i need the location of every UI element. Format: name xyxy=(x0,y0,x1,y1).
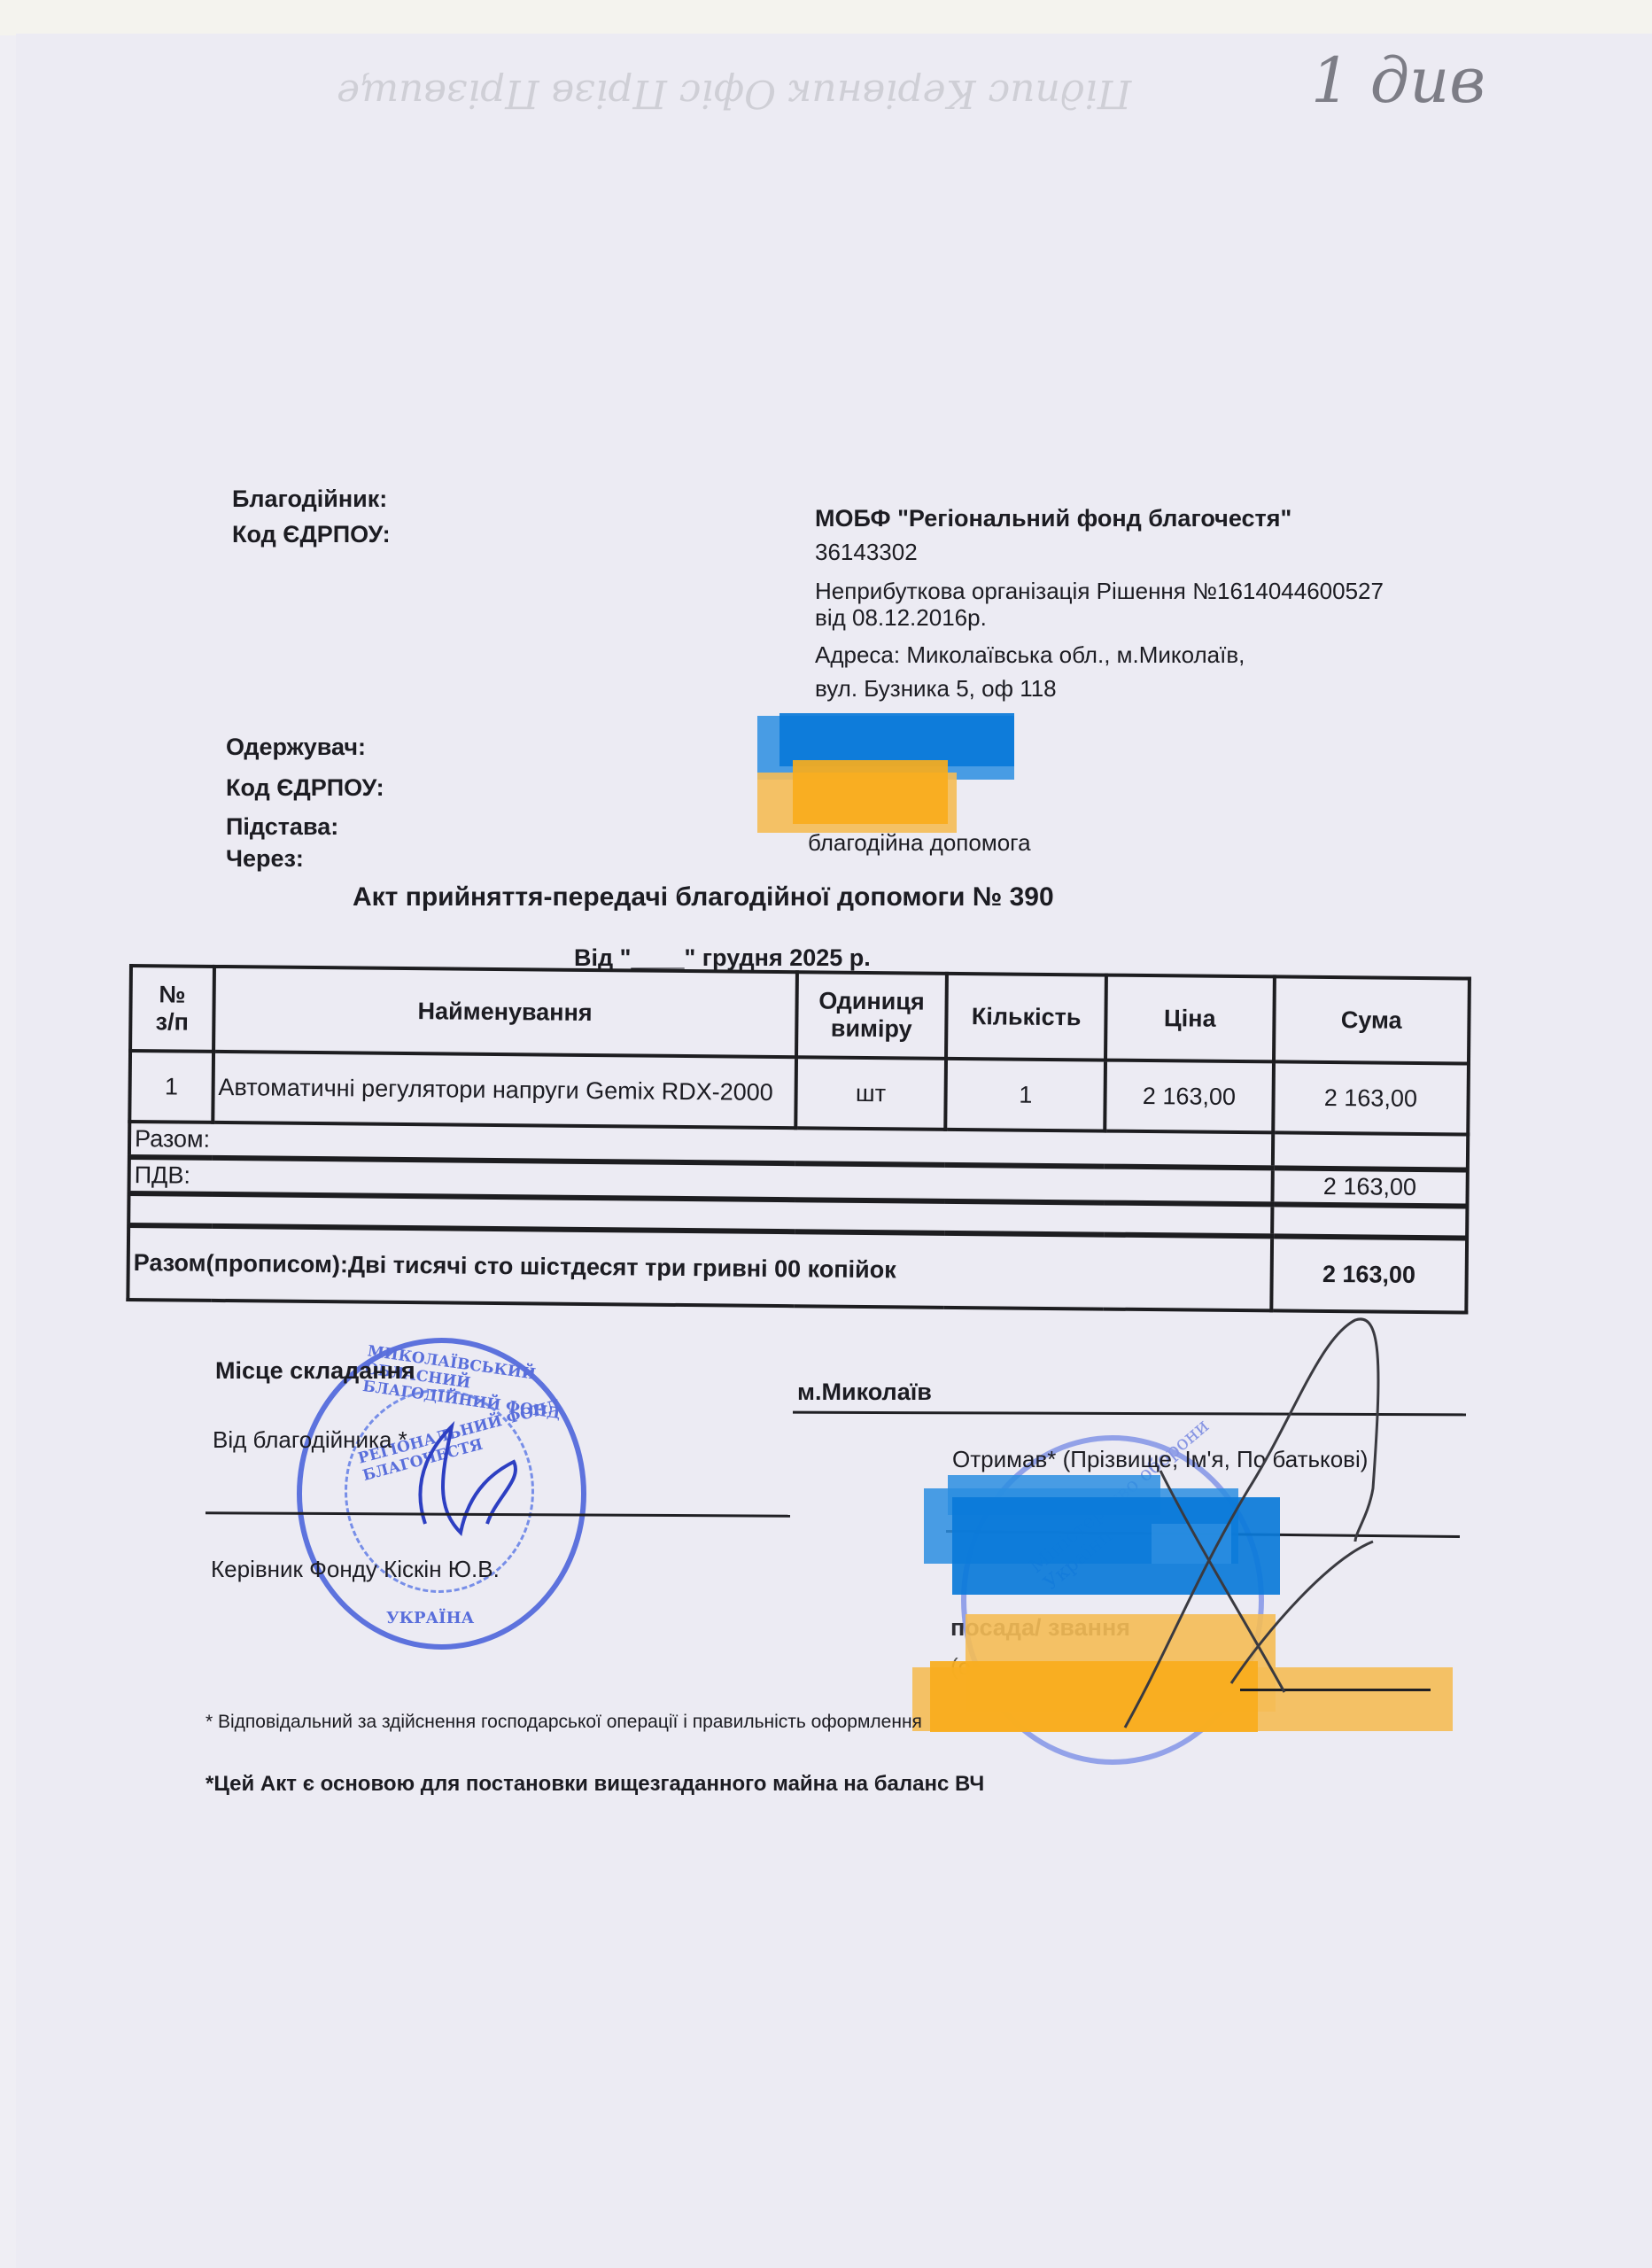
header-qty: Кількість xyxy=(946,974,1106,1060)
header-price: Ціна xyxy=(1105,975,1274,1062)
basis-label: Підстава: xyxy=(226,813,338,841)
donor-nonprofit-line1: Неприбуткова організація Рішення №161404… xyxy=(815,578,1384,605)
row-qty: 1 xyxy=(946,1059,1106,1131)
from-donor-label: Від благодійника * xyxy=(213,1426,407,1454)
row-price: 2 163,00 xyxy=(1105,1060,1273,1133)
items-table: №з/п Найменування Одиницявиміру Кількіст… xyxy=(126,964,1471,1315)
header-name: Найменування xyxy=(213,967,797,1057)
recipient-signature-icon xyxy=(1090,1311,1426,1754)
footnote-responsible: * Відповідальний за здійснення господарс… xyxy=(206,1712,922,1733)
scan-edge xyxy=(0,0,1652,35)
recipient-name-redaction-overlay xyxy=(779,713,1014,766)
donor-code-label: Код ЄДРПОУ: xyxy=(232,521,391,548)
donor-stamp-country: УКРАЇНА xyxy=(386,1609,474,1627)
header-sum: Сума xyxy=(1274,976,1470,1063)
vat-value: 2 163,00 xyxy=(1272,1168,1468,1206)
place-value: м.Миколаїв xyxy=(797,1379,932,1406)
header-unit: Одиницявиміру xyxy=(796,972,948,1059)
donor-address-line1: Адреса: Миколаївська обл., м.Миколаїв, xyxy=(815,641,1245,669)
recipient-label: Одержувач: xyxy=(226,734,366,761)
header-no: №з/п xyxy=(130,966,214,1052)
recipient-code-redaction-overlay xyxy=(793,760,948,824)
total-value xyxy=(1272,1132,1468,1169)
donor-label: Благодійник: xyxy=(232,485,387,513)
donor-address-line2: вул. Бузника 5, оф 118 xyxy=(815,675,1057,703)
donor-signature-icon xyxy=(390,1417,567,1559)
footnote-balance: *Цей Акт є основою для постановки вищезг… xyxy=(206,1772,984,1797)
words-value: 2 163,00 xyxy=(1271,1236,1467,1312)
via-label: Через: xyxy=(226,845,304,873)
row-name: Автоматичні регулятори напруги Gemix RDX… xyxy=(213,1052,796,1128)
row-unit: шт xyxy=(795,1057,947,1130)
pencil-note: 1 див xyxy=(1311,44,1485,117)
donor-name: МОБФ "Регіональний фонд благочестя" xyxy=(815,505,1291,532)
place-label: Місце складання xyxy=(215,1357,415,1385)
words-label: Разом(прописом):Дві тисячі сто шістдесят… xyxy=(128,1225,1271,1310)
head-name: Керівник Фонду Кіскін Ю.В. xyxy=(211,1556,500,1583)
donor-nonprofit-line2: від 08.12.2016р. xyxy=(815,604,987,632)
recipient-code-label: Код ЄДРПОУ: xyxy=(226,774,384,802)
table-row: 1 Автоматичні регулятори напруги Gemix R… xyxy=(129,1051,1469,1135)
words-row: Разом(прописом):Дві тисячі сто шістдесят… xyxy=(128,1225,1467,1313)
table-header-row: №з/п Найменування Одиницявиміру Кількіст… xyxy=(130,966,1470,1063)
row-sum: 2 163,00 xyxy=(1273,1061,1469,1134)
act-title: Акт прийняття-передачі благодійної допом… xyxy=(353,882,1054,913)
basis-value: благодійна допомога xyxy=(808,829,1031,857)
show-through-handwriting: Підпис Керівник Офіс Прізв Прізвище xyxy=(337,71,1131,116)
row-no: 1 xyxy=(129,1051,213,1122)
donor-code: 36143302 xyxy=(815,539,918,566)
